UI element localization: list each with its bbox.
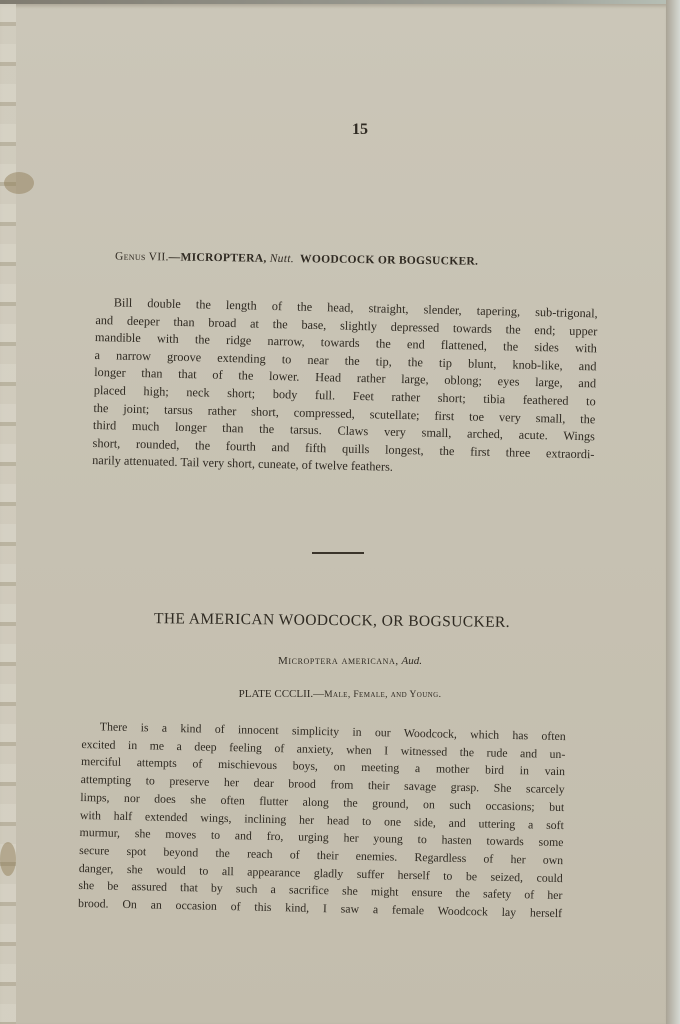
species-title: THE AMERICAN WOODCOCK, OR BOGSUCKER. (122, 610, 542, 632)
genus-heading: Genus VII.—MICROPTERA, Nutt. WOODCOCK OR… (115, 251, 595, 270)
page-right-edge (666, 0, 680, 1024)
scientific-authority: Aud. (402, 655, 422, 667)
book-page: 15 Genus VII.—MICROPTERA, Nutt. WOODCOCK… (0, 4, 668, 1024)
plate-caption: PLATE CCCLII.—Male, Female, and Young. (190, 688, 490, 700)
species-text: There is a kind of innocent simplicity i… (78, 718, 566, 923)
genus-label: Genus VII. (115, 251, 169, 264)
paper-stain (0, 842, 16, 876)
section-divider-rule (312, 552, 364, 554)
genus-description: Bill double the length of the head, stra… (92, 294, 598, 481)
plate-number: PLATE CCCLII.— (239, 688, 325, 700)
page-number: 15 (0, 121, 680, 139)
genus-dash: — (169, 251, 181, 263)
species-scientific-name: Microptera americana, Aud. (200, 655, 500, 667)
plate-description: Male, Female, and Young. (324, 690, 441, 700)
paper-stain (4, 172, 34, 194)
genus-authority: Nutt. (270, 253, 294, 265)
scientific-name: Microptera americana, (278, 655, 399, 667)
genus-name: MICROPTERA, (180, 252, 266, 265)
genus-common-name: WOODCOCK OR BOGSUCKER. (300, 253, 478, 267)
